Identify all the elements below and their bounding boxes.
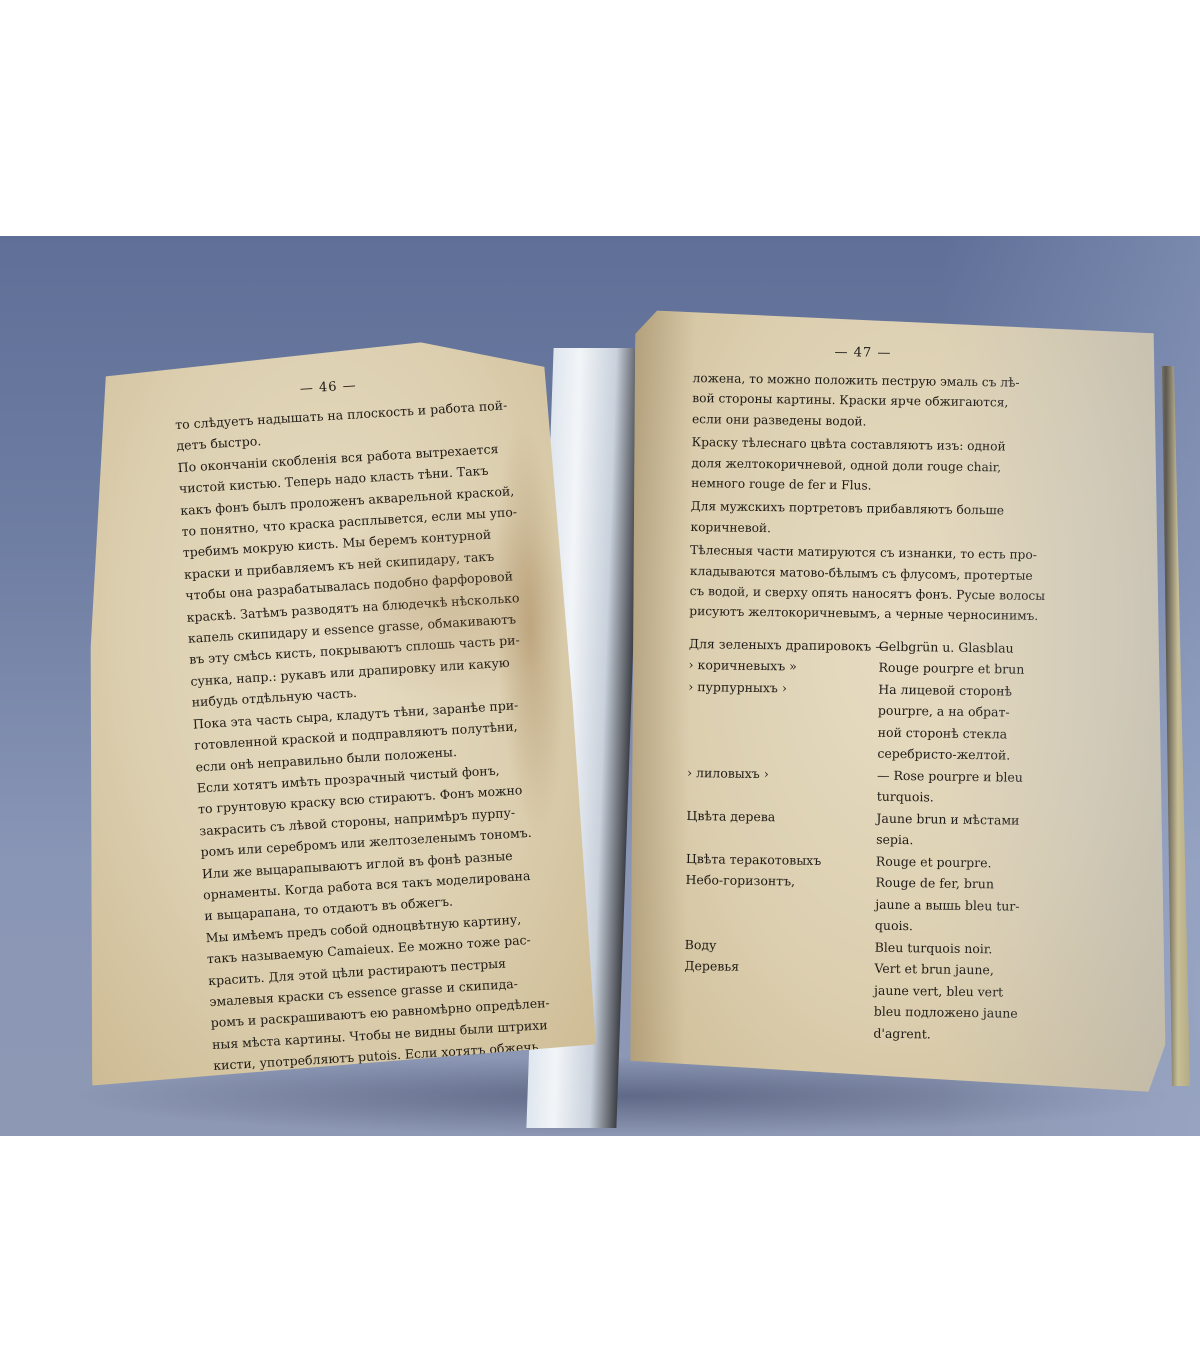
color-table-row: Небо-горизонтъ,Rouge de fer, brunjaune а… bbox=[685, 869, 1026, 938]
paragraph: Тѣлесныя части матируются съ изнанки, то… bbox=[689, 540, 1030, 626]
book-photo: — 46 — то слѣдуетъ надышать на плоскость… bbox=[0, 236, 1200, 1136]
page-edges-right bbox=[1150, 366, 1190, 1086]
recipe-line: turquois. bbox=[877, 786, 1027, 810]
recipe-line: Jaune brun и мѣстами bbox=[876, 808, 1026, 832]
color-recipe: Bleu turquois noir. bbox=[875, 937, 1025, 961]
recipe-line: Rouge de fer, brun bbox=[875, 872, 1025, 896]
drapery-type: Цвѣта дерева bbox=[686, 805, 877, 851]
recipe-line: jaune а вышь bleu tur- bbox=[875, 894, 1025, 918]
paragraph: Краску тѣлеснаго цвѣта составляютъ изъ: … bbox=[691, 432, 1032, 498]
paragraph: Для мужскихъ портретовъ прибавляютъ боль… bbox=[690, 496, 1031, 542]
recipe-line: bleu подложено jaune bbox=[874, 1001, 1024, 1025]
color-recipe: На лицевой сторонѣpourpre, а на обрат-но… bbox=[877, 679, 1028, 767]
color-table-row: ДеревьяVert et brun jaune,jaune vert, bl… bbox=[683, 955, 1024, 1046]
left-page: — 46 — то слѣдуетъ надышать на плоскость… bbox=[64, 336, 602, 1085]
recipe-line: Bleu turquois noir. bbox=[875, 937, 1025, 961]
recipe-line: ной сторонѣ стекла bbox=[878, 722, 1028, 746]
color-recipe: Gelbgrün u. Glasblau bbox=[879, 636, 1029, 660]
color-table-row: › лиловыхъ ›— Rose pourpre и bleuturquoi… bbox=[687, 762, 1028, 810]
text-line: если они разведены водой. bbox=[692, 409, 1032, 434]
drapery-type: Цвѣта теракотовыхъ bbox=[686, 848, 876, 872]
recipe-line: На лицевой сторонѣ bbox=[878, 679, 1028, 703]
color-recipe: Jaune brun и мѣстамиsepia. bbox=[876, 808, 1027, 853]
text-line: рисуютъ желтокоричневымъ, а черные черно… bbox=[689, 602, 1029, 627]
recipe-line: — Rose pourpre и bleu bbox=[877, 765, 1027, 789]
drapery-type: › коричневыхъ » bbox=[688, 654, 878, 678]
drapery-type: Небо-горизонтъ, bbox=[685, 869, 876, 936]
recipe-line: Rouge pourpre et brun bbox=[878, 657, 1028, 681]
color-recipe: Rouge et pourpre. bbox=[876, 851, 1026, 875]
recipe-line: pourpre, а на обрат- bbox=[878, 700, 1028, 724]
drapery-type: › пурпурныхъ › bbox=[687, 676, 878, 765]
color-table: Для зеленыхъ драпировокъ —Gelbgrün u. Gl… bbox=[683, 633, 1029, 1046]
page-number: — 47 — bbox=[693, 343, 1033, 363]
right-page: — 47 — ложена, то можно положить пеструю… bbox=[625, 310, 1176, 1107]
recipe-line: jaune vert, bleu vert bbox=[874, 980, 1024, 1004]
text-line: коричневой. bbox=[690, 517, 1030, 542]
color-recipe: Rouge pourpre et brun bbox=[878, 657, 1028, 681]
recipe-line: Gelbgrün u. Glasblau bbox=[879, 636, 1029, 660]
left-page-text: — 46 — то слѣдуетъ надышать на плоскость… bbox=[173, 371, 525, 1098]
paragraph: ложена, то можно положить пеструю эмаль … bbox=[692, 368, 1033, 434]
drapery-type: Воду bbox=[685, 934, 875, 958]
drapery-type: Деревья bbox=[683, 955, 874, 1044]
color-table-row: › пурпурныхъ ›На лицевой сторонѣpourpre,… bbox=[687, 676, 1028, 767]
color-recipe: — Rose pourpre и bleuturquois. bbox=[877, 765, 1028, 810]
text-line: немного rouge de fer и Flus. bbox=[691, 473, 1031, 498]
recipe-line: quois. bbox=[875, 915, 1025, 939]
right-page-text: — 47 — ложена, то можно положить пеструю… bbox=[683, 343, 1033, 1046]
right-page-paragraphs: ложена, то можно положить пеструю эмаль … bbox=[689, 368, 1033, 627]
recipe-line: серебристо-желтой. bbox=[877, 743, 1027, 767]
drapery-type: Для зеленыхъ драпировокъ — bbox=[689, 633, 879, 657]
left-page-lines: то слѣдуетъ надышать на плоскость и рабо… bbox=[175, 396, 525, 1098]
drapery-type: › лиловыхъ › bbox=[687, 762, 878, 808]
recipe-line: d'agrent. bbox=[873, 1023, 1023, 1047]
recipe-line: Vert et brun jaune, bbox=[874, 958, 1024, 982]
color-recipe: Rouge de fer, brunjaune а вышь bleu tur-… bbox=[875, 872, 1026, 939]
color-table-row: Цвѣта дереваJaune brun и мѣстамиsepia. bbox=[686, 805, 1027, 853]
color-recipe: Vert et brun jaune,jaune vert, bleu vert… bbox=[873, 958, 1024, 1046]
recipe-line: Rouge et pourpre. bbox=[876, 851, 1026, 875]
recipe-line: sepia. bbox=[876, 829, 1026, 853]
